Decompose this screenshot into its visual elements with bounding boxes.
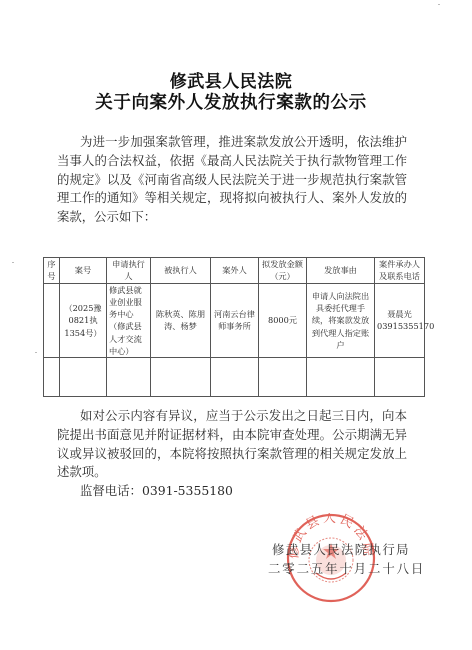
header-respondent: 被执行人	[151, 258, 211, 284]
intro-line: 理工作的通知》等相关规定，现将拟向被执行人、案外人发放的	[57, 189, 407, 208]
cell-case-no: （2025豫0821执1354号）	[60, 283, 107, 358]
closing-line: 如对公示内容有异议，应当于公示发出之日起三日内，向本	[57, 407, 407, 426]
header-index: 序号	[44, 258, 60, 284]
handler-phone: 03915355170	[377, 320, 422, 332]
table-row: （2025豫0821执1354号） 修武县就业创业服务中心（修武县人才交流中心）…	[44, 283, 425, 358]
cell-amount	[259, 358, 307, 397]
header-applicant: 申请执行人	[107, 258, 151, 284]
cell-index	[44, 283, 60, 358]
cell-case-no	[60, 358, 107, 397]
document-title-subject: 关于向案外人发放执行案款的公示	[0, 89, 462, 114]
signature-organization: 修武县人民法院执行局	[272, 540, 410, 558]
cell-amount: 8000元	[259, 283, 307, 358]
closing-line: 述款项。	[57, 463, 407, 482]
cell-reason: 申请人向法院出具委托代理手续，将案款发放到代理人指定账户	[307, 283, 375, 358]
scan-speck	[12, 262, 14, 263]
disbursement-table: 序号 案号 申请执行人 被执行人 案外人 拟发放金额（元） 发放事由 案件承办人…	[43, 257, 425, 397]
closing-line: 议或异议被驳回的，本院将按照执行案款管理的相关规定发放上	[57, 445, 407, 464]
header-handler: 案件承办人及联系电话	[375, 258, 425, 284]
court-seal-icon: 修武县人民法院	[286, 513, 376, 603]
cell-handler	[375, 358, 425, 397]
intro-line: 的规定》以及《河南省高级人民法院关于进一步规范执行案款管	[57, 171, 407, 190]
intro-line: 案款，公示如下：	[57, 208, 407, 227]
cell-outsider	[211, 358, 259, 397]
table-row	[44, 358, 425, 397]
cell-applicant	[107, 358, 151, 397]
header-reason: 发放事由	[307, 258, 375, 284]
handler-name: 聂晨光	[377, 308, 422, 320]
cell-index	[44, 358, 60, 397]
cell-respondent: 陈秋英、陈朋涛、杨梦	[151, 283, 211, 358]
cell-handler: 聂晨光 03915355170	[375, 283, 425, 358]
header-outsider: 案外人	[211, 258, 259, 284]
scan-speck	[35, 352, 37, 353]
closing-paragraph: 如对公示内容有异议，应当于公示发出之日起三日内，向本 院提出书面意见并附证据材料…	[57, 407, 407, 501]
supervision-phone: 监督电话：0391-5355180	[57, 482, 407, 501]
intro-line: 当事人的合法权益，依据《最高人民法院关于执行款物管理工作	[57, 152, 407, 171]
scan-speck	[438, 4, 440, 5]
intro-paragraph: 为进一步加强案款管理，推进案款发放公开透明，依法维护 当事人的合法权益，依据《最…	[57, 133, 407, 227]
closing-line: 院提出书面意见并附证据材料，由本院审查处理。公示期满无异	[57, 426, 407, 445]
intro-line: 为进一步加强案款管理，推进案款发放公开透明，依法维护	[57, 133, 407, 152]
header-case-no: 案号	[60, 258, 107, 284]
cell-outsider: 河南云台律师事务所	[211, 283, 259, 358]
header-amount: 拟发放金额（元）	[259, 258, 307, 284]
cell-respondent	[151, 358, 211, 397]
cell-applicant: 修武县就业创业服务中心（修武县人才交流中心）	[107, 283, 151, 358]
signature-date: 二零二五年十月二十八日	[268, 559, 425, 577]
table-header-row: 序号 案号 申请执行人 被执行人 案外人 拟发放金额（元） 发放事由 案件承办人…	[44, 258, 425, 284]
cell-reason	[307, 358, 375, 397]
